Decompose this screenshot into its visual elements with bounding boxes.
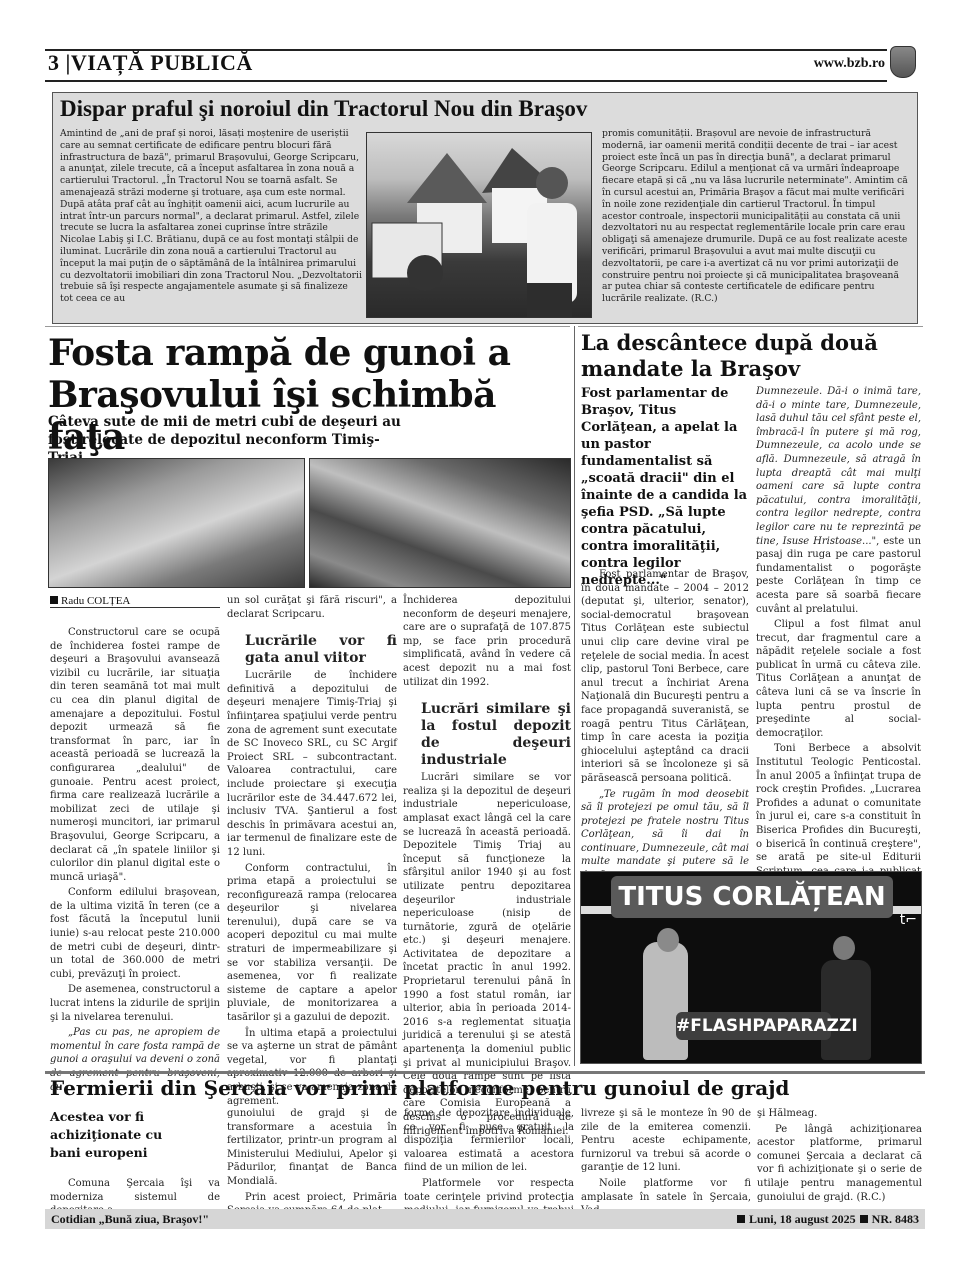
side-article-col2: Dumnezeule. Dă-i o inimă tare, dă-i o mi…: [756, 385, 921, 908]
author-name: Radu COLȚEA: [61, 595, 130, 607]
main-article-col2: un sol curăţat şi fără riscuri", a decla…: [227, 594, 397, 1110]
landfill-photo-1: [48, 458, 305, 588]
subheading-works-next-year: Lucrările vor fi gata anul viitor: [245, 633, 397, 667]
main-article-top-rule: [45, 326, 570, 327]
issue-number: NR. 8483: [872, 1212, 919, 1226]
byline: Radu COLȚEA: [50, 595, 220, 608]
landfill-photo-2: [309, 458, 571, 588]
box-article-col2: promis comunității. Brașovul are nevoie …: [602, 128, 910, 305]
section-name: VIAȚĂ PUBLICĂ: [71, 50, 253, 75]
column-divider: [574, 326, 575, 1066]
bottom-article-lead: Acestea vor fi achiziţionate cu bani eur…: [50, 1108, 175, 1162]
page-footer: Cotidian „Bună ziua, Braşov!" Luni, 18 a…: [45, 1209, 925, 1229]
pastor-figure: [643, 942, 688, 1060]
byline-square-icon: [50, 596, 58, 604]
side-article-col1: Fost parlamentar de Braşov, în două mand…: [581, 568, 749, 885]
box-article-photo: [366, 132, 592, 318]
square-bullet-icon: [737, 1215, 745, 1223]
video-title-banner: TITUS CORLĂȚEAN: [611, 876, 893, 918]
bottom-article-col4: livreze şi să le monteze în 90 de zile d…: [581, 1107, 751, 1220]
politician-figure: [821, 960, 871, 1060]
bottom-article-col5: şi Hălmeag. Pe lângă achiziţionarea aces…: [757, 1107, 922, 1206]
side-article-lead: Fost parlamentar de Braşov, Titus Corlăţ…: [581, 385, 751, 589]
side-article-top-rule: [578, 326, 923, 327]
issue-date: Luni, 18 august 2025: [749, 1212, 856, 1226]
bottom-article-top-rule: [45, 1071, 925, 1074]
bottom-article-col2: gunoiului de grajd şi de transformare a …: [227, 1107, 397, 1220]
main-article-col3: Închiderea depozitului neconform de deşe…: [403, 594, 571, 1140]
website-url[interactable]: www.bzb.ro: [814, 56, 885, 72]
section-header: 3 |VIAȚĂ PUBLICĂ: [48, 50, 253, 76]
subheading-industrial-deposit: Lucrări similare şi la fostul depozit de…: [421, 701, 571, 769]
publication-name: Cotidian „Bună ziua, Braşov!": [51, 1212, 209, 1226]
video-still[interactable]: TITUS CORLĂȚEAN t⌐ #FLASHPAPARAZZI: [580, 871, 922, 1064]
header-bottom-rule: [45, 80, 887, 82]
bottom-article-title: Fermierii din Şercaia vor primi platform…: [50, 1076, 930, 1100]
hashtag-banner: #FLASHPAPARAZZI: [676, 1012, 831, 1040]
street-scene-graphic: [367, 133, 592, 318]
page-number: 3: [48, 50, 60, 75]
main-article-col1: Constructorul care se ocupă de închidere…: [50, 626, 220, 1096]
square-bullet-icon: [860, 1215, 868, 1223]
side-article-title: La descântece după două mandate la Braşo…: [581, 330, 881, 382]
box-article-title: Dispar praful şi noroiul din Tractorul N…: [60, 96, 587, 122]
city-crest-icon: [890, 46, 916, 78]
box-article-col1: Amintind de „ani de praf și noroi, lăsaț…: [60, 128, 362, 305]
video-logo-icon: t⌐: [900, 912, 917, 928]
